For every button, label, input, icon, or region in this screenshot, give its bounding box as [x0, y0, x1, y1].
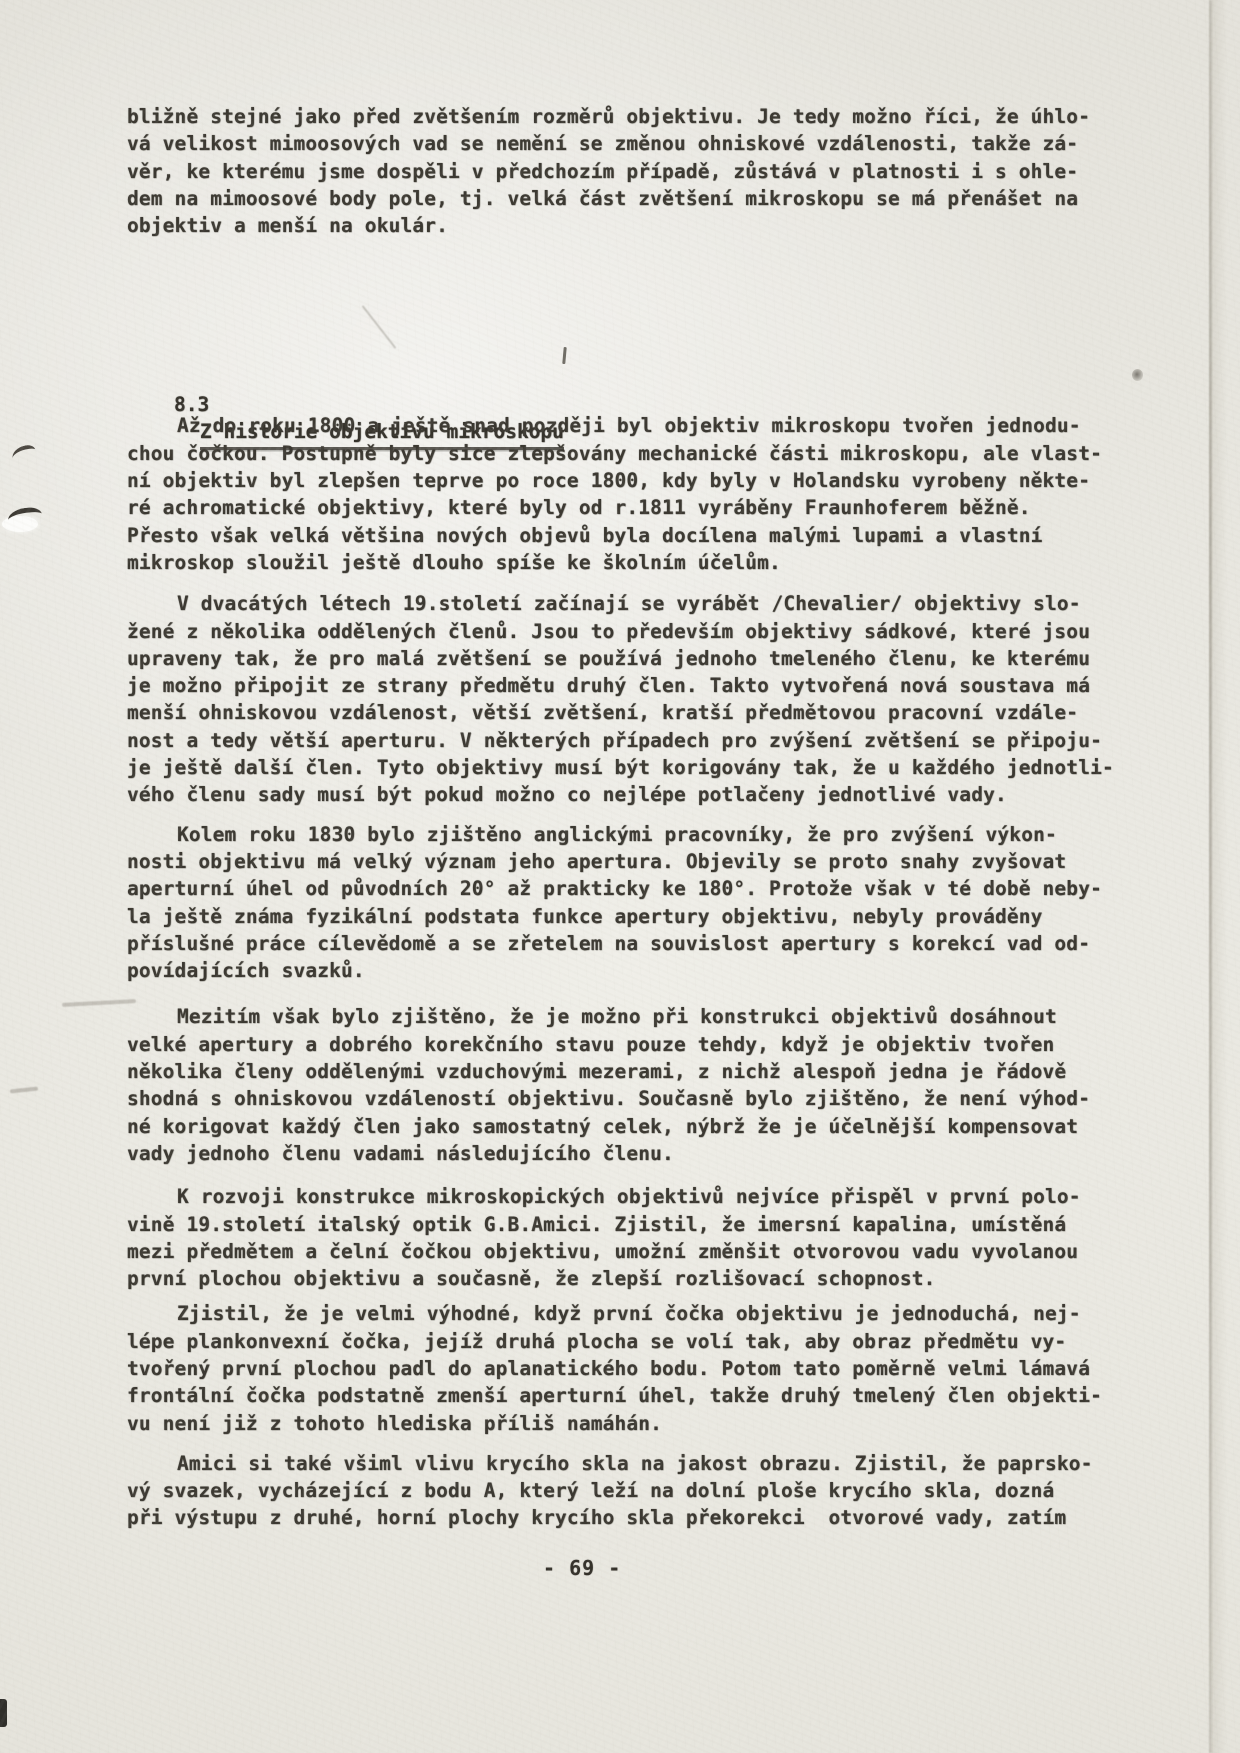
text-line: Zjistil, že je velmi výhodné, když první…	[127, 1300, 1122, 1327]
scan-smudge	[7, 506, 43, 529]
text-line: vého členu sady musí být pokud možno co …	[127, 781, 1122, 808]
scan-smudge	[10, 443, 37, 464]
text-line: K rozvoji konstrukce mikroskopických obj…	[127, 1183, 1122, 1210]
text-line: Mezitím však bylo zjištěno, že je možno …	[127, 1003, 1122, 1030]
text-line: několika členy oddělenými vzduchovými me…	[127, 1058, 1122, 1085]
text-line: frontální čočka podstatně zmenší apertur…	[127, 1382, 1122, 1409]
page-number: - 69 -	[543, 1556, 621, 1580]
text-line: ní objektiv byl zlepšen teprve po roce 1…	[127, 467, 1122, 494]
text-line: V dvacátých létech 19.století začínají s…	[127, 590, 1122, 617]
text-line: lépe plankonvexní čočka, jejíž druhá plo…	[127, 1328, 1122, 1355]
text-line: dem na mimoosové body pole, tj. velká čá…	[127, 185, 1122, 212]
paragraph-6: K rozvoji konstrukce mikroskopických obj…	[127, 1183, 1122, 1292]
text-line: bližně stejné jako před zvětšením rozměr…	[127, 103, 1122, 130]
scan-scratch	[62, 999, 136, 1007]
scan-white-blob	[2, 516, 38, 532]
text-line: upraveny tak, že pro malá zvětšení se po…	[127, 645, 1122, 672]
text-line: nosti objektivu má velký význam jeho ape…	[127, 848, 1122, 875]
text-line: né korigovat každý člen jako samostatný …	[127, 1113, 1122, 1140]
text-line: chou čočkou. Postupně byly sice zlepšová…	[127, 440, 1122, 467]
text-line: shodná s ohniskovou vzdáleností objektiv…	[127, 1085, 1122, 1112]
scanned-page: { "document": { "heading": { "number": "…	[0, 0, 1240, 1753]
text-line: vady jednoho členu vadami následujícího …	[127, 1140, 1122, 1167]
text-line: Kolem roku 1830 bylo zjištěno anglickými…	[127, 821, 1122, 848]
text-line: velké apertury a dobrého korekčního stav…	[127, 1031, 1122, 1058]
text-line: menší ohniskovou vzdálenost, větší zvětš…	[127, 699, 1122, 726]
paragraph-8: Amici si také všiml vlivu krycího skla n…	[127, 1450, 1122, 1532]
text-line: vině 19.století italský optik G.B.Amici.…	[127, 1211, 1122, 1238]
text-line: objektiv a menší na okulár.	[127, 212, 1122, 239]
paragraph-4: Kolem roku 1830 bylo zjištěno anglickými…	[127, 821, 1122, 985]
page-edge-band	[1212, 0, 1240, 1753]
text-line: první plochou objektivu a současně, že z…	[127, 1265, 1122, 1292]
text-line: aperturní úhel od původních 20° až prakt…	[127, 875, 1122, 902]
text-line: ré achromatické objektivy, které byly od…	[127, 494, 1122, 521]
text-line: vý svazek, vycházející z bodu A, který l…	[127, 1477, 1122, 1504]
paragraph-3: V dvacátých létech 19.století začínají s…	[127, 590, 1122, 808]
scan-corner-mark	[0, 1699, 7, 1727]
text-line: mikroskop sloužil ještě dlouho spíše ke …	[127, 549, 1122, 576]
paragraph-5: Mezitím však bylo zjištěno, že je možno …	[127, 1003, 1122, 1167]
paragraph-1: bližně stejné jako před zvětšením rozměr…	[127, 103, 1122, 239]
scan-scratch	[10, 1087, 38, 1094]
text-line: povídajících svazků.	[127, 957, 1122, 984]
text-line: Přesto však velká většina nových objevů …	[127, 522, 1122, 549]
text-line: Až do roku 1800 a ještě snad později byl…	[127, 412, 1122, 439]
text-line: nost a tedy větší aperturu. V některých …	[127, 727, 1122, 754]
scan-dot	[1132, 369, 1143, 381]
text-line: je možno připojit ze strany předmětu dru…	[127, 672, 1122, 699]
text-line: příslušné práce cílevědomě a se zřetelem…	[127, 930, 1122, 957]
text-line: tvořený první plochou padl do aplanatick…	[127, 1355, 1122, 1382]
text-line: mezi předmětem a čelní čočkou objektivu,…	[127, 1238, 1122, 1265]
text-line: Amici si také všiml vlivu krycího skla n…	[127, 1450, 1122, 1477]
text-line: žené z několika oddělených členů. Jsou t…	[127, 618, 1122, 645]
paragraph-2: Až do roku 1800 a ještě snad později byl…	[127, 412, 1122, 576]
text-block: bližně stejné jako před zvětšením rozměr…	[127, 103, 1122, 1532]
text-line: je ještě další člen. Tyto objektivy musí…	[127, 754, 1122, 781]
text-line: věr, ke kterému jsme dospěli v předchozí…	[127, 158, 1122, 185]
text-line: při výstupu z druhé, horní plochy krycíh…	[127, 1504, 1122, 1531]
text-line: vu není již z tohoto hlediska příliš nam…	[127, 1410, 1122, 1437]
paragraph-7: Zjistil, že je velmi výhodné, když první…	[127, 1300, 1122, 1436]
section-heading: 8.3 Z historie objektivu mikroskopu	[127, 363, 1122, 395]
page-edge-shadow	[1209, 0, 1212, 1753]
text-line: vá velikost mimoosových vad se nemění se…	[127, 130, 1122, 157]
text-line: la ještě známa fyzikální podstata funkce…	[127, 903, 1122, 930]
